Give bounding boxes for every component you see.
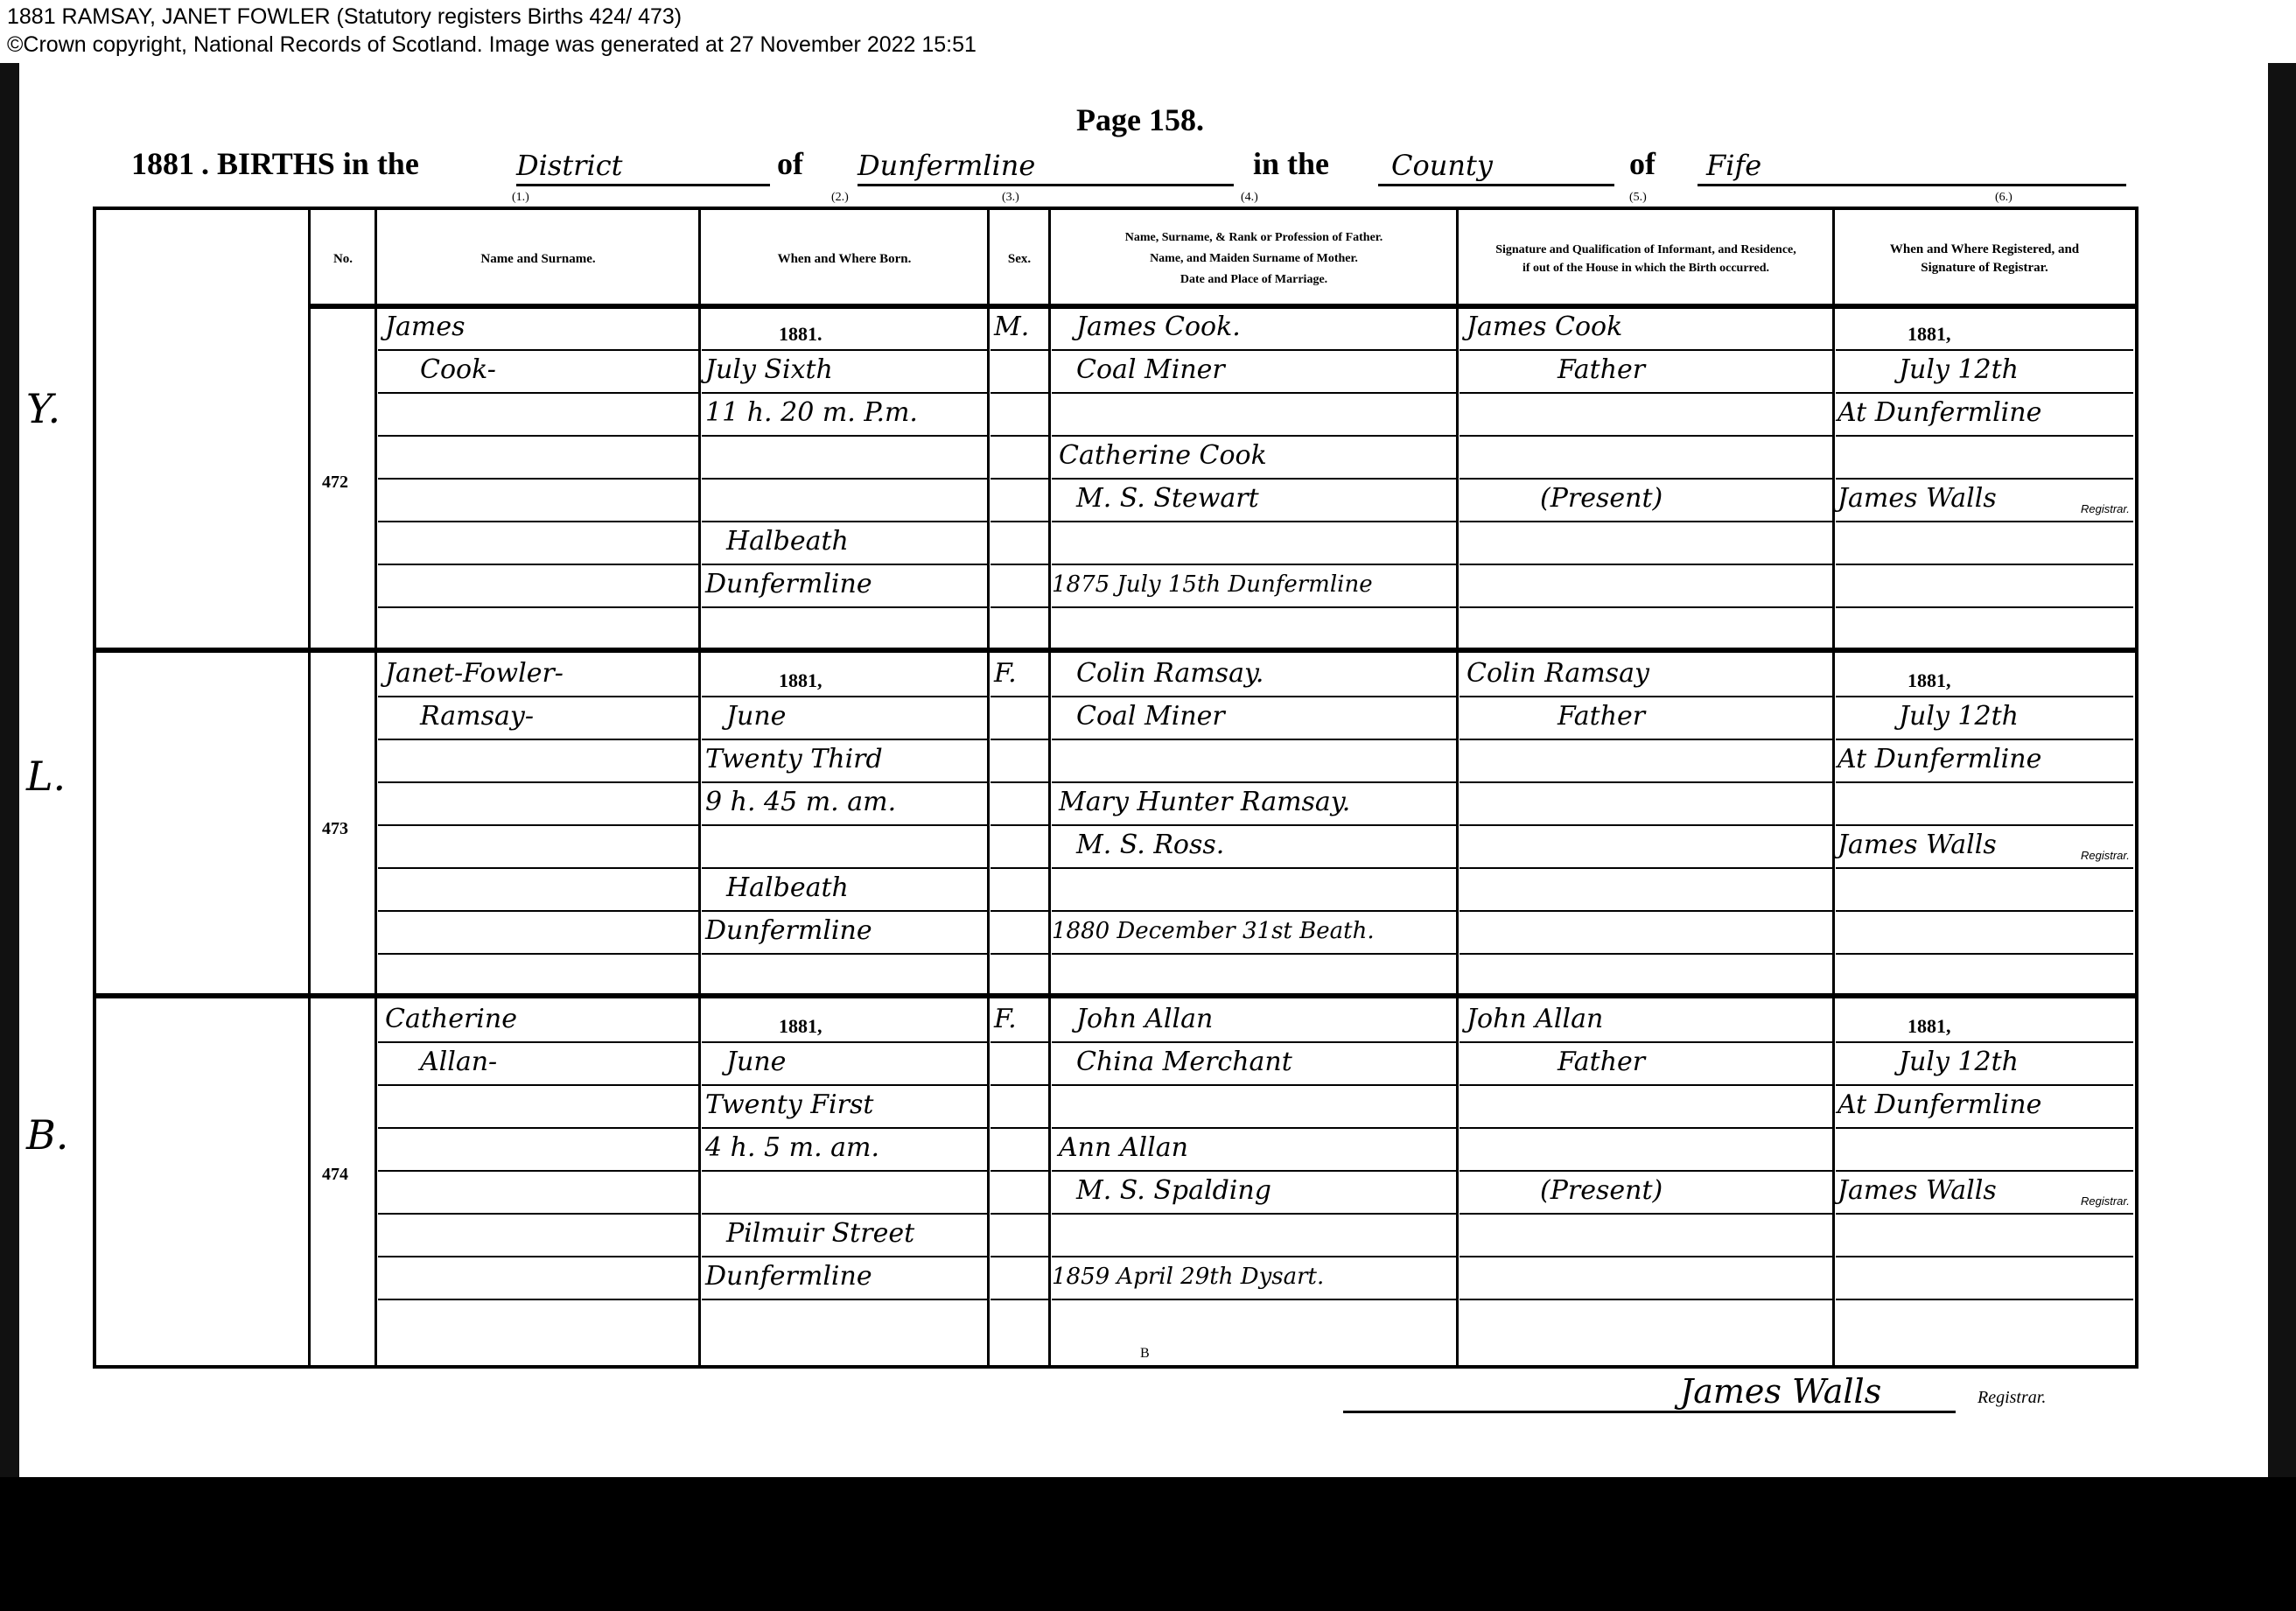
marriage-date-place: 1859 April 29th Dysart. [1052,1261,1324,1292]
birth-place: Pilmuir Street [726,1218,914,1250]
ruled-line [1459,781,1832,783]
father-name: James Cook. [1076,312,1241,343]
ruled-line [702,696,987,697]
entry-separator [96,648,2137,653]
ruled-line [990,1213,1048,1215]
ruled-line [378,1256,698,1257]
ruled-line [378,739,698,740]
ruled-line [1836,1084,2133,1086]
ruled-line [1459,696,1832,697]
child-name: James [385,312,465,343]
column-header-informant: Signature and Qualification of Informant… [1459,214,1832,305]
birth-day: Twenty First [705,1089,873,1121]
ruled-line [990,824,1048,826]
ruled-line [1052,478,1456,480]
registrar-label: Registrar. [2081,494,2130,525]
father-name: Colin Ramsay. [1076,658,1263,690]
registrar-signature: James Walls [1837,483,1997,515]
column-number: (6.) [1995,191,2012,205]
ruled-line [990,1127,1048,1129]
column-header-parents: Name, Surname, & Rank or Profession of F… [1052,214,1456,305]
ruled-line [1459,392,1832,394]
informant-qualification: Father [1557,701,1645,732]
ruled-line [702,1084,987,1086]
birth-time: 4 h. 5 m. am. [705,1132,879,1164]
ruled-line [1052,564,1456,565]
ruled-line [702,910,987,912]
mother-maiden-surname: M. S. Spalding [1076,1175,1271,1207]
ruled-line [378,696,698,697]
ruled-line [1052,910,1456,912]
ruled-line [1836,1127,2133,1129]
ruled-line [378,1084,698,1086]
registrar-signature: James Walls [1680,1372,1881,1411]
ruled-line [702,435,987,437]
ruled-line [702,564,987,565]
sex: F. [994,658,1017,690]
birth-year: 1881. [779,319,822,350]
ruled-line [378,521,698,522]
ruled-line [702,824,987,826]
ruled-line [378,1170,698,1172]
ruled-line [702,1213,987,1215]
ruled-line [1052,1170,1456,1172]
register-title-line: 1881 . BIRTHS in the District of Dunferm… [131,145,2126,189]
ruled-line [990,349,1048,351]
birth-town: Dunfermline [705,569,872,600]
ruled-line [990,435,1048,437]
child-surname: Ramsay- [420,701,534,732]
mother-maiden-surname: M. S. Stewart [1076,483,1259,515]
ruled-line [1052,349,1456,351]
birth-month: June [726,1047,786,1078]
ruled-line [990,392,1048,394]
entry-number: 472 [322,473,348,493]
father-occupation: Coal Miner [1076,354,1225,386]
page-number: Page 158. [1076,102,1204,138]
ruled-line [1836,824,2133,826]
page-edge-left [0,63,19,1498]
registration-year: 1881, [1907,665,1951,697]
ruled-line [1836,739,2133,740]
registration-date: July 12th [1899,701,2019,732]
informant-residence: (Present) [1540,1175,1662,1207]
birth-town: Dunfermline [705,1261,872,1292]
copyright-notice: ©Crown copyright, National Records of Sc… [7,32,976,58]
ruled-line [990,564,1048,565]
ruled-line [1459,1041,1832,1043]
ruled-line [1459,1299,1832,1300]
ruled-line [1836,1170,2133,1172]
district-word: District [516,149,622,182]
ruled-line [702,478,987,480]
ruled-line [1459,1256,1832,1257]
ruled-line [702,606,987,608]
column-number: (2.) [831,191,849,205]
column-header-no: No. [311,214,374,305]
ruled-line [702,739,987,740]
ruled-line [702,867,987,869]
record-title: 1881 RAMSAY, JANET FOWLER (Statutory reg… [7,4,682,30]
ruled-line [378,824,698,826]
county-word: County [1391,149,1493,182]
marriage-date-place: 1875 July 15th Dunfermline [1052,569,1373,600]
informant-signature: Colin Ramsay [1466,658,1649,690]
birth-year: 1881, [779,665,822,697]
margin-note: B. [26,1111,68,1159]
ruled-line [702,1170,987,1172]
ruled-line [1836,910,2133,912]
ruled-line [1459,349,1832,351]
ruled-line [990,910,1048,912]
column-number: (3.) [1002,191,1019,205]
ruled-line [1836,392,2133,394]
ruled-line [1459,564,1832,565]
ruled-line [990,781,1048,783]
underline-county-word [1378,184,1614,186]
header-marriage: Date and Place of Marriage. [1180,270,1327,291]
ruled-line [1052,824,1456,826]
column-divider [1456,207,1459,1369]
mother-name: Catherine Cook [1059,440,1267,472]
ruled-line [378,606,698,608]
ruled-line [1052,606,1456,608]
ruled-line [702,521,987,522]
ruled-line [378,349,698,351]
ruled-line [1052,392,1456,394]
registration-date: July 12th [1899,1047,2019,1078]
ruled-line [990,1170,1048,1172]
registrar-label: Registrar. [2081,840,2130,872]
ruled-line [1052,1127,1456,1129]
child-surname: Allan- [420,1047,497,1078]
ruled-line [990,867,1048,869]
ruled-line [1836,435,2133,437]
underline-county [1697,184,2126,186]
informant-qualification: Father [1557,354,1645,386]
marriage-date-place: 1880 December 31st Beath. [1052,915,1375,947]
ruled-line [1836,953,2133,955]
registration-place: At Dunfermline [1837,1089,2041,1121]
county-name: Fife [1706,149,1761,182]
ruled-line [1052,1084,1456,1086]
child-surname: Cook- [420,354,496,386]
of-label-2: of [1629,145,1655,182]
sex: M. [994,312,1029,343]
ruled-line [1836,564,2133,565]
ruled-line [702,1299,987,1300]
ruled-line [1459,867,1832,869]
ruled-line [378,867,698,869]
entry-number: 473 [322,819,348,839]
ruled-line [378,564,698,565]
ruled-line [1836,696,2133,697]
ruled-line [1836,1256,2133,1257]
ruled-line [990,478,1048,480]
in-the-label: in the [1253,145,1329,182]
column-header-name: Name and Surname. [378,214,698,305]
ruled-line [1836,1299,2133,1300]
ruled-line [1052,435,1456,437]
column-divider [1832,207,1835,1369]
father-occupation: China Merchant [1076,1047,1292,1078]
column-divider [308,207,311,1369]
scan-background [0,1477,2296,1611]
ruled-line [1052,1299,1456,1300]
ruled-line [1052,1256,1456,1257]
mother-maiden-surname: M. S. Ross. [1076,830,1224,861]
ruled-line [1836,781,2133,783]
signature-line [1343,1411,1956,1413]
column-number: (5.) [1629,191,1647,205]
ruled-line [1836,478,2133,480]
ruled-line [702,953,987,955]
births-label: . BIRTHS in the [201,145,419,182]
informant-qualification: Father [1557,1047,1645,1078]
registration-place: At Dunfermline [1837,744,2041,775]
father-occupation: Coal Miner [1076,701,1225,732]
birth-place: Halbeath [726,872,849,904]
registration-place: At Dunfermline [1837,397,2041,429]
margin-note: L. [26,753,66,800]
child-name: Janet-Fowler- [385,658,563,690]
column-divider [1048,207,1051,1369]
underline-district-word [516,184,770,186]
ruled-line [1052,953,1456,955]
birth-day: Twenty Third [705,744,883,775]
ruled-line [1459,521,1832,522]
ruled-line [378,1299,698,1300]
column-divider [987,207,990,1369]
registrar-label: Registrar. [2081,1186,2130,1217]
underline-district [857,184,1234,186]
ruled-line [1459,739,1832,740]
registration-year: 1881, [1907,1011,1951,1042]
column-divider [698,207,701,1369]
ruled-line [990,953,1048,955]
father-name: John Allan [1076,1004,1213,1035]
page-edge-right [2268,63,2296,1551]
ruled-line [1052,1041,1456,1043]
ruled-line [702,1256,987,1257]
ruled-line [1836,1041,2133,1043]
ruled-line [1459,1213,1832,1215]
ruled-line [378,781,698,783]
ruled-line [1052,521,1456,522]
informant-signature: John Allan [1466,1004,1603,1035]
ruled-line [1459,910,1832,912]
ruled-line [378,392,698,394]
column-header-sex: Sex. [990,214,1048,305]
column-divider [374,207,377,1369]
ruled-line [378,1127,698,1129]
ruled-line [702,1041,987,1043]
ruled-line [990,1299,1048,1300]
ruled-line [1459,824,1832,826]
column-number: (1.) [512,191,529,205]
page-mark: B [1140,1346,1150,1362]
ruled-line [378,910,698,912]
informant-signature: James Cook [1466,312,1622,343]
child-name: Catherine [385,1004,517,1035]
register-year: 1881 [131,145,194,182]
ruled-line [990,1256,1048,1257]
ruled-line [702,1127,987,1129]
registrar-signature: James Walls [1837,830,1997,861]
mother-name: Mary Hunter Ramsay. [1059,787,1350,818]
registration-year: 1881, [1907,319,1951,350]
ruled-line [1052,781,1456,783]
ruled-line [1836,349,2133,351]
ruled-line [990,1084,1048,1086]
ruled-line [1459,953,1832,955]
of-label: of [777,145,803,182]
ruled-line [1052,1213,1456,1215]
ruled-line [378,478,698,480]
ruled-line [1052,867,1456,869]
ruled-line [990,521,1048,522]
column-number: (4.) [1241,191,1258,205]
birth-time: 11 h. 20 m. P.m. [705,397,918,429]
birth-year: 1881, [779,1011,822,1042]
district-name: Dunfermline [857,149,1035,182]
ruled-line [1459,606,1832,608]
informant-residence: (Present) [1540,483,1662,515]
mother-name: Ann Allan [1059,1132,1188,1164]
ruled-line [1459,478,1832,480]
ruled-line [702,781,987,783]
ruled-line [1052,739,1456,740]
ruled-line [990,739,1048,740]
header-father: Name, Surname, & Rank or Profession of F… [1125,228,1383,249]
ruled-line [990,606,1048,608]
ruled-line [990,696,1048,697]
ruled-line [1052,696,1456,697]
ruled-line [1836,606,2133,608]
header-rule [308,304,2137,309]
ruled-line [1459,435,1832,437]
ruled-line [702,392,987,394]
ruled-line [702,349,987,351]
ruled-line [1459,1170,1832,1172]
column-header-born: When and Where Born. [702,214,987,305]
ruled-line [990,1041,1048,1043]
birth-town: Dunfermline [705,915,872,947]
registrar-signature: James Walls [1837,1175,1997,1207]
ruled-line [378,953,698,955]
birth-place: Halbeath [726,526,849,557]
ruled-line [378,1041,698,1043]
ruled-line [1459,1127,1832,1129]
header-mother: Name, and Maiden Surname of Mother. [1150,249,1358,270]
sex: F. [994,1004,1017,1035]
registration-date: July 12th [1899,354,2019,386]
ruled-line [1459,1084,1832,1086]
column-header-registered: When and Where Registered, and Signature… [1836,214,2133,305]
birth-month: June [726,701,786,732]
ruled-line [378,435,698,437]
ruled-line [378,1213,698,1215]
margin-note: Y. [26,385,60,432]
birth-date: July Sixth [705,354,833,386]
entry-separator [96,993,2137,998]
entry-number: 474 [322,1165,348,1185]
birth-time: 9 h. 45 m. am. [705,787,896,818]
registrar-label: Registrar. [1977,1388,2046,1408]
